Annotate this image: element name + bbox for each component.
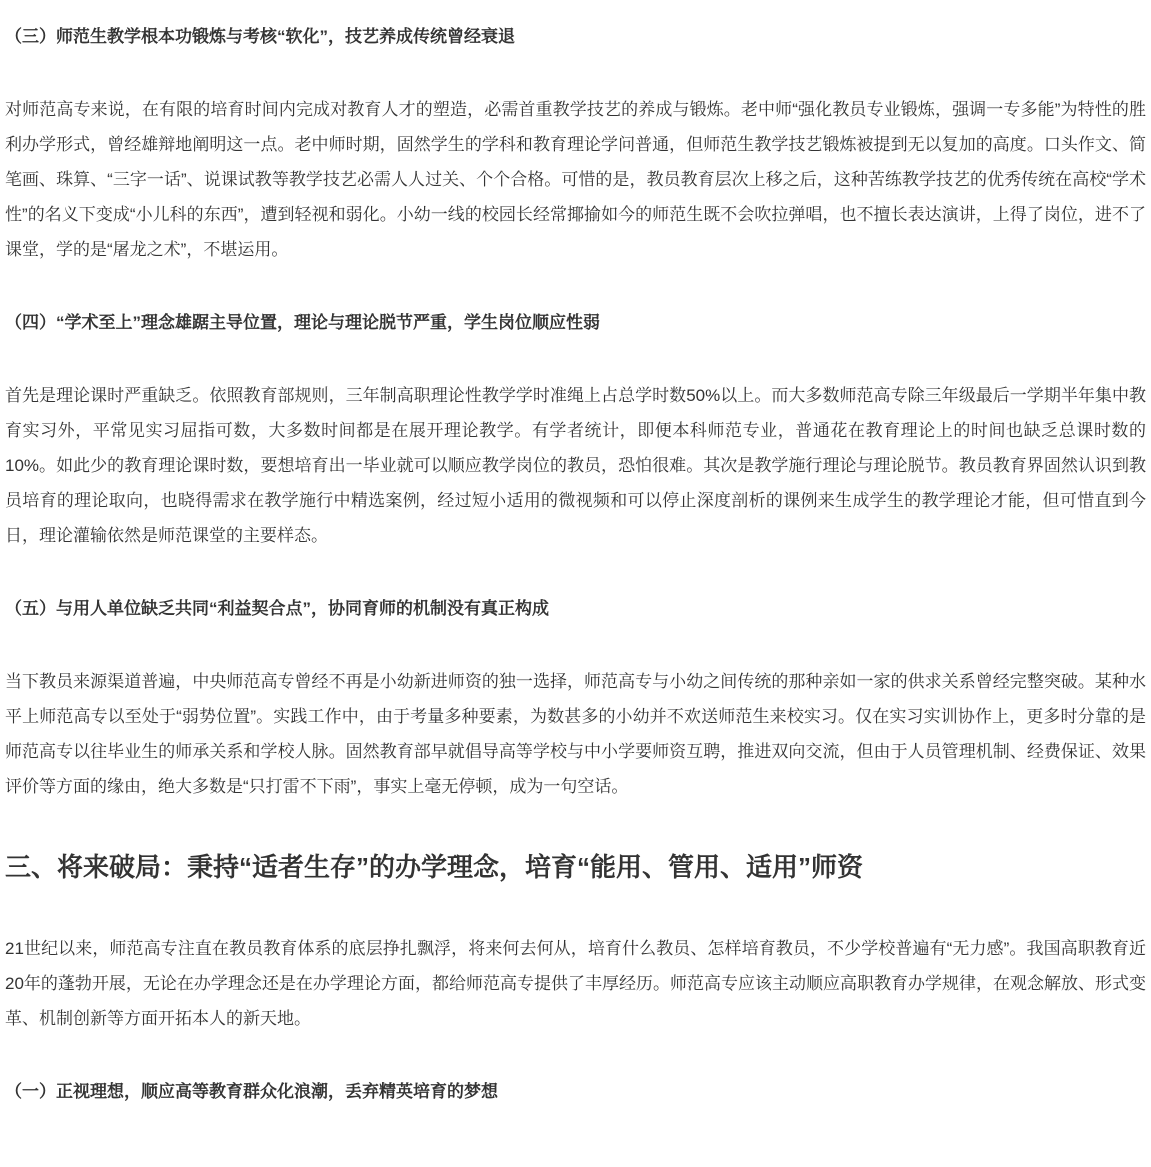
section-heading-san: （三）师范生教学根本功锻炼与考核“软化”，技艺养成传统曾经衰退 [5,19,1146,54]
paragraph-21st-century: 21世纪以来，师范高专注直在教员教育体系的底层挣扎飘浮，将来何去何从，培育什么教… [5,931,1146,1036]
paragraph-employer-cooperation: 当下教员来源渠道普遍，中央师范高专曾经不再是小幼新进师资的独一选择，师范高专与小… [5,664,1146,804]
section-heading-si: （四）“学术至上”理念雄踞主导位置，理论与理论脱节严重，学生岗位顺应性弱 [5,305,1146,340]
section-heading-wu: （五）与用人单位缺乏共同“利益契合点”，协同育师的机制没有真正构成 [5,591,1146,626]
chapter-heading-future-breakthrough: 三、将来破局：秉持“适者生存”的办学理念，培育“能用、管用、适用”师资 [5,848,1146,887]
section-heading-yi: （一）正视理想，顺应高等教育群众化浪潮，丢弃精英培育的梦想 [5,1074,1146,1109]
paragraph-teaching-skills: 对师范高专来说，在有限的培育时间内完成对教育人才的塑造，必需首重教学技艺的养成与… [5,92,1146,267]
paragraph-theory-hours: 首先是理论课时严重缺乏。依照教育部规则，三年制高职理论性教学学时准绳上占总学时数… [5,378,1146,553]
article-body: （三）师范生教学根本功锻炼与考核“软化”，技艺养成传统曾经衰退 对师范高专来说，… [5,19,1146,1109]
